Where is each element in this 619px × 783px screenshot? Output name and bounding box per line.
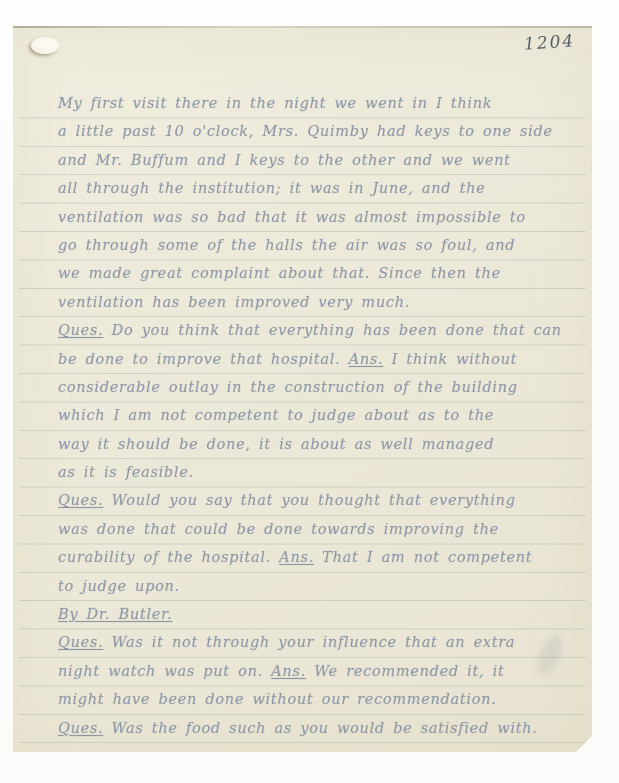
qa-marker: Ans. <box>271 664 306 680</box>
manuscript-segment: go through some of the halls the air was… <box>58 238 515 254</box>
qa-marker: Ans. <box>349 352 384 368</box>
manuscript-text: My first visit there in the night we wen… <box>19 90 586 744</box>
paper-top-edge <box>13 26 592 28</box>
manuscript-line: all through the institution; it was in J… <box>58 175 586 203</box>
manuscript-segment: ventilation has been improved very much. <box>58 295 410 311</box>
manuscript-segment: to judge upon. <box>58 579 180 595</box>
manuscript-segment: Was the food such as you would be satisf… <box>103 721 537 737</box>
manuscript-line: was done that could be done towards impr… <box>58 516 586 544</box>
manuscript-line: might have been done without our recomme… <box>58 686 586 714</box>
manuscript-line: and Mr. Buffum and I keys to the other a… <box>58 147 586 175</box>
manuscript-line: Ques. Do you think that everything has b… <box>58 317 586 345</box>
qa-marker: Ques. <box>58 323 103 339</box>
manuscript-segment: Was it not through your influence that a… <box>103 635 515 651</box>
manuscript-line: we made great complaint about that. Sinc… <box>58 260 586 288</box>
manuscript-line: By Dr. Butler. <box>58 601 586 629</box>
manuscript-segment: ventilation was so bad that it was almos… <box>58 210 526 226</box>
manuscript-line: ventilation has been improved very much. <box>58 289 586 317</box>
qa-marker: Ques. <box>58 721 103 737</box>
paper-hole <box>31 37 59 54</box>
manuscript-line: considerable outlay in the construction … <box>58 374 586 402</box>
manuscript-segment: considerable outlay in the construction … <box>58 380 518 396</box>
qa-marker: Ans. <box>279 550 314 566</box>
qa-marker: By Dr. Butler. <box>58 607 172 623</box>
manuscript-line: night watch was put on. Ans. We recommen… <box>58 658 586 686</box>
manuscript-segment: curability of the hospital. <box>58 550 279 566</box>
manuscript-line: ventilation was so bad that it was almos… <box>58 204 586 232</box>
manuscript-line: Ques. Was it not through your influence … <box>58 629 586 657</box>
qa-marker: Ques. <box>58 493 103 509</box>
manuscript-segment: as it is feasible. <box>58 465 194 481</box>
manuscript-line: to judge upon. <box>58 573 586 601</box>
page-number: 1204 <box>523 31 576 55</box>
manuscript-segment: was done that could be done towards impr… <box>58 522 499 538</box>
manuscript-line: be done to improve that hospital. Ans. I… <box>58 346 586 374</box>
manuscript-line: Ques. Would you say that you thought tha… <box>58 487 586 515</box>
manuscript-segment: all through the institution; it was in J… <box>58 181 485 197</box>
manuscript-segment: a little past 10 o'clock, Mrs. Quimby ha… <box>58 124 553 140</box>
manuscript-line: Ques. Was the food such as you would be … <box>58 715 586 743</box>
manuscript-segment: Would you say that you thought that ever… <box>103 493 515 509</box>
manuscript-segment: which I am not competent to judge about … <box>58 408 494 424</box>
manuscript-line: which I am not competent to judge about … <box>58 402 586 430</box>
manuscript-line: a little past 10 o'clock, Mrs. Quimby ha… <box>58 118 586 146</box>
qa-marker: Ques. <box>58 635 103 651</box>
manuscript-line: curability of the hospital. Ans. That I … <box>58 544 586 572</box>
manuscript-page: 1204 My first visit there in the night w… <box>13 26 592 752</box>
manuscript-segment: might have been done without our recomme… <box>58 692 497 708</box>
scanned-document: 1204 My first visit there in the night w… <box>0 0 619 783</box>
manuscript-line: go through some of the halls the air was… <box>58 232 586 260</box>
manuscript-segment: That I am not competent <box>314 550 532 566</box>
manuscript-segment: I think without <box>383 352 517 368</box>
manuscript-segment: we made great complaint about that. Sinc… <box>58 266 501 282</box>
manuscript-line: way it should be done, it is about as we… <box>58 431 586 459</box>
manuscript-segment: We recommended it, it <box>306 664 505 680</box>
manuscript-segment: be done to improve that hospital. <box>58 352 349 368</box>
manuscript-segment: night watch was put on. <box>58 664 271 680</box>
manuscript-line: My first visit there in the night we wen… <box>58 90 586 118</box>
manuscript-segment: Do you think that everything has been do… <box>103 323 561 339</box>
manuscript-segment: way it should be done, it is about as we… <box>58 437 494 453</box>
manuscript-segment: and Mr. Buffum and I keys to the other a… <box>58 153 511 169</box>
manuscript-line: as it is feasible. <box>58 459 586 487</box>
manuscript-segment: My first visit there in the night we wen… <box>58 96 492 112</box>
